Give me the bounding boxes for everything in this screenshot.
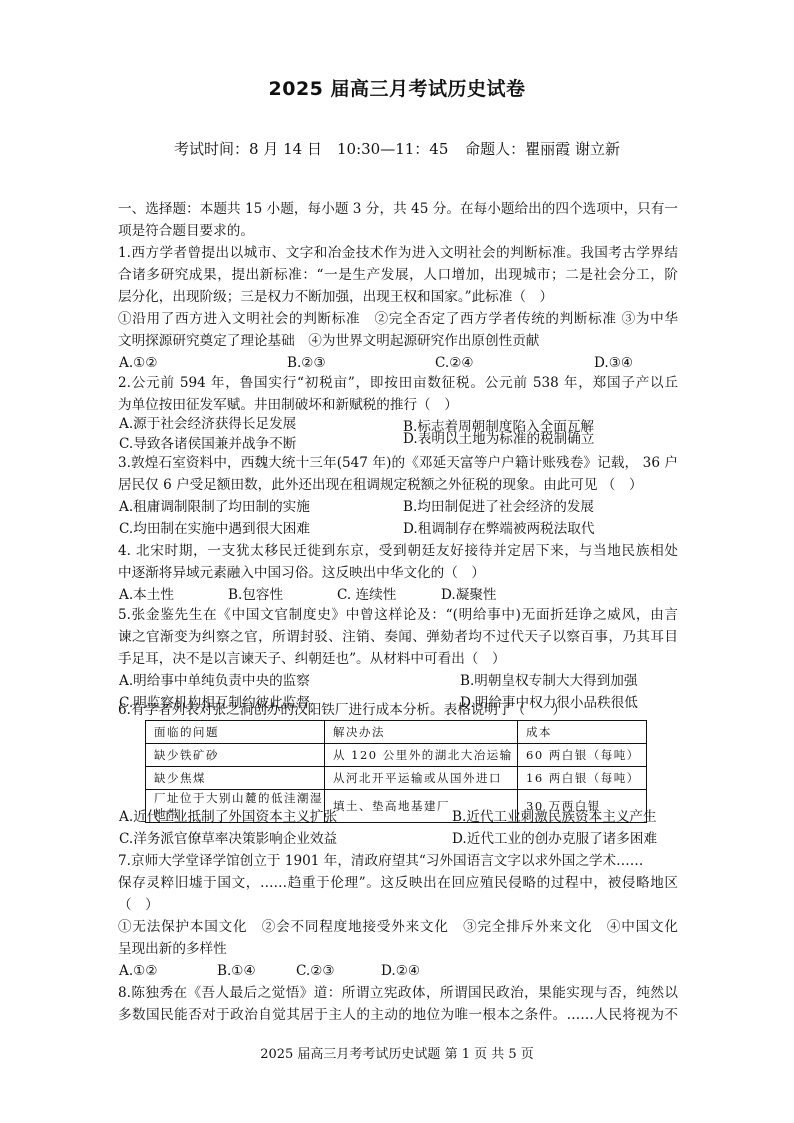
table-header-cell: 面临的问题	[146, 721, 325, 744]
option-d: D.租调制存在弊端被两税法取代	[403, 518, 594, 540]
question-line: 呈现出新的多样性	[118, 938, 678, 960]
question-line: 6.有学者列表对张之洞创办的汉阳铁厂进行成本分析。表格说明了（ ）	[118, 699, 678, 721]
table-row: 缺少铁矿砂 从 120 公里外的湖北大冶运输 60 两白银（每吨）	[146, 744, 647, 767]
question-line: 1.西方学者曾提出以城市、文字和冶金技术作为进入文明社会的判断标准。我国考古学界…	[118, 242, 678, 264]
question-line: 保存灵粹旧墟于国文，……趋重于伦理”。这反映出在回应殖民侵略的过程中，被侵略地区	[118, 872, 678, 894]
table-cell: 从河北开平运输或从国外进口	[325, 767, 518, 790]
option-d: D.表明以土地为标准的税制确立	[403, 428, 594, 450]
exam-authors: 命题人：瞿丽霞 谢立新	[465, 140, 620, 158]
question-line: 文明探源研究奠定了理论基础 ④为世界文明起源研究作出原创性贡献	[118, 330, 678, 352]
option-c: C.②③	[296, 960, 335, 982]
option-b: B.①④	[217, 960, 256, 982]
option-a: A.租庸调制限制了均田制的实施	[119, 496, 310, 518]
option-a: A.①②	[119, 352, 158, 374]
question-line: 中逐渐将异域元素融入中国习俗。这反映出中华文化的（ ）	[118, 562, 678, 584]
question-line: 合诸多研究成果，提出新标准：“一是生产发展，人口增加，出现城市；二是社会分工，阶	[118, 264, 678, 286]
option-d: D.②④	[381, 960, 420, 982]
option-d: D.近代工业的创办克服了诸多困难	[452, 828, 657, 850]
option-a: A.源于社会经济获得长足发展	[119, 413, 296, 435]
option-d: D.凝聚性	[441, 584, 497, 606]
table-header-cell: 解决办法	[325, 721, 518, 744]
question-line: 谏之官渐变为纠察之官，所谓封驳、注销、奏闻、弹劾者均不过代天子以察百事，乃其耳目	[118, 626, 678, 648]
table-cell: 缺少焦煤	[146, 767, 325, 790]
page-footer: 2025 届高三月考考试历史试题 第 1 页 共 5 页	[0, 1043, 794, 1062]
question-line: 7.京师大学堂译学馆创立于 1901 年，清政府望其“习外国语言文字以求外国之学…	[118, 850, 678, 872]
table-cell: 缺少铁矿砂	[146, 744, 325, 767]
table-cell: 16 两白银（每吨）	[518, 767, 647, 790]
exam-time: 考试时间：8 月 14 日 10:30—11：45	[174, 140, 448, 158]
question-line: 居民仅 6 户受足额田数，此外还出现在租调规定税额之外征税的现象。由此可见 （ …	[118, 474, 678, 496]
option-c: C.均田制在实施中遇到很大困难	[119, 518, 310, 540]
question-line: 8.陈独秀在《吾人最后之觉悟》道：所谓立宪政体，所谓国民政治，果能实现与否，纯然…	[118, 982, 678, 1004]
section-heading-line: 项是符合题目要求的。	[118, 220, 678, 242]
section-heading-line: 一、选择题：本题共 15 小题，每小题 3 分，共 45 分。在每小题给出的四个…	[118, 198, 678, 220]
table-row: 缺少焦煤 从河北开平运输或从国外进口 16 两白银（每吨）	[146, 767, 647, 790]
question-line: （ ）	[118, 894, 678, 916]
table-cell: 60 两白银（每吨）	[518, 744, 647, 767]
question-line: 层分化，出现阶级；三是权力不断加强，出现王权和国家。”此标准（ ）	[118, 286, 678, 308]
question-line: 手足耳，决不是以言谏天子、纠朝廷也”。从材料中可看出（ ）	[118, 648, 678, 670]
question-line: 4. 北宋时期，一支犹太移民迁徙到东京，受到朝廷友好接待并定居下来，与当地民族相…	[118, 540, 678, 562]
question-line: 5.张金鉴先生在《中国文官制度史》中曾这样论及：“(明给事中)无面折廷诤之威风，…	[118, 604, 678, 626]
table-cell: 从 120 公里外的湖北大冶运输	[325, 744, 518, 767]
option-a: A.近代工业抵制了外国资本主义扩张	[119, 806, 337, 828]
exam-meta: 考试时间：8 月 14 日 10:30—11：45 命题人：瞿丽霞 谢立新	[0, 138, 794, 159]
option-b: B.近代工业刺激民族资本主义产生	[452, 806, 657, 828]
option-b: B.②③	[287, 352, 326, 374]
option-b: B.均田制促进了社会经济的发展	[403, 496, 594, 518]
option-a: A.①②	[119, 960, 158, 982]
table-header-row: 面临的问题 解决办法 成本	[146, 721, 647, 744]
option-b: B.明朝皇权专制大大得到加强	[460, 670, 637, 692]
option-a: A.本土性	[119, 584, 174, 606]
question-line: 3.敦煌石室资料中，西魏大统十三年(547 年)的《邓延天富等户户籍计账残卷》记…	[118, 452, 678, 474]
table-header-cell: 成本	[518, 721, 647, 744]
question-line: ①无法保护本国文化 ②会不同程度地接受外来文化 ③完全排斥外来文化 ④中国文化	[118, 916, 678, 938]
question-line: ①沿用了西方进入文明社会的判断标准 ②完全否定了西方学者传统的判断标准 ③为中华	[118, 308, 678, 330]
exam-title: 2025 届高三月考试历史试卷	[0, 74, 794, 101]
option-c: C. 连续性	[337, 584, 396, 606]
option-a: A.明给事中单纯负责中央的监察	[119, 670, 310, 692]
option-d: D.③④	[594, 352, 633, 374]
option-b: B.包容性	[228, 584, 283, 606]
question-line: 2.公元前 594 年，鲁国实行“初税亩”，即按田亩数征税。公元前 538 年，…	[118, 372, 678, 394]
question-line: 多数国民能否对于政治自觉其居于主人的主动的地位为唯一根本之条件。……人民将视为不	[118, 1004, 678, 1026]
option-c: C.②④	[435, 352, 474, 374]
option-c: C.洋务派官僚草率决策影响企业效益	[119, 828, 337, 850]
